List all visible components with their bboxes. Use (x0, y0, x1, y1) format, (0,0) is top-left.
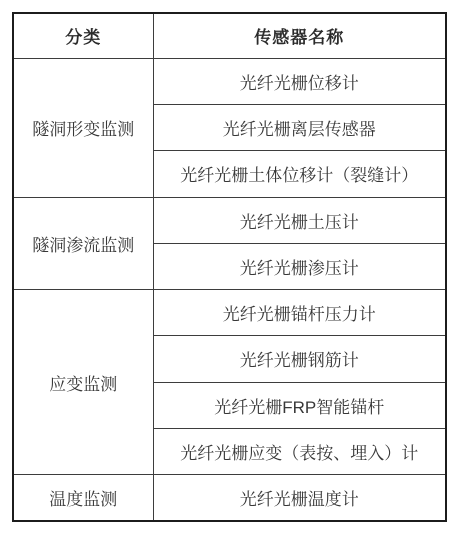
table-row: 应变监测 光纤光栅锚杆压力计 (13, 290, 446, 336)
table-row: 隧洞形变监测 光纤光栅位移计 (13, 58, 446, 104)
table-row: 温度监测 光纤光栅温度计 (13, 475, 446, 521)
category-cell-tunnel-seepage: 隧洞渗流监测 (13, 197, 153, 290)
sensor-cell: 光纤光栅锚杆压力计 (153, 290, 446, 336)
sensor-cell: 光纤光栅温度计 (153, 475, 446, 521)
category-cell-tunnel-deformation: 隧洞形变监测 (13, 58, 153, 197)
table-header-row: 分类 传感器名称 (13, 13, 446, 58)
sensor-classification-table-container: 分类 传感器名称 隧洞形变监测 光纤光栅位移计 光纤光栅离层传感器 光纤光栅土体… (12, 12, 447, 522)
column-header-category: 分类 (13, 13, 153, 58)
sensor-cell: 光纤光栅土压计 (153, 197, 446, 243)
sensor-cell: 光纤光栅位移计 (153, 58, 446, 104)
sensor-cell: 光纤光栅钢筋计 (153, 336, 446, 382)
sensor-cell: 光纤光栅应变（表按、埋入）计 (153, 428, 446, 474)
table-row: 隧洞渗流监测 光纤光栅土压计 (13, 197, 446, 243)
sensor-cell: 光纤光栅FRP智能锚杆 (153, 382, 446, 428)
category-cell-strain: 应变监测 (13, 290, 153, 475)
column-header-sensor-name: 传感器名称 (153, 13, 446, 58)
sensor-cell: 光纤光栅渗压计 (153, 243, 446, 289)
sensor-cell: 光纤光栅土体位移计（裂缝计） (153, 151, 446, 197)
category-cell-temperature: 温度监测 (13, 475, 153, 521)
sensor-cell: 光纤光栅离层传感器 (153, 105, 446, 151)
sensor-classification-table: 分类 传感器名称 隧洞形变监测 光纤光栅位移计 光纤光栅离层传感器 光纤光栅土体… (12, 12, 447, 522)
